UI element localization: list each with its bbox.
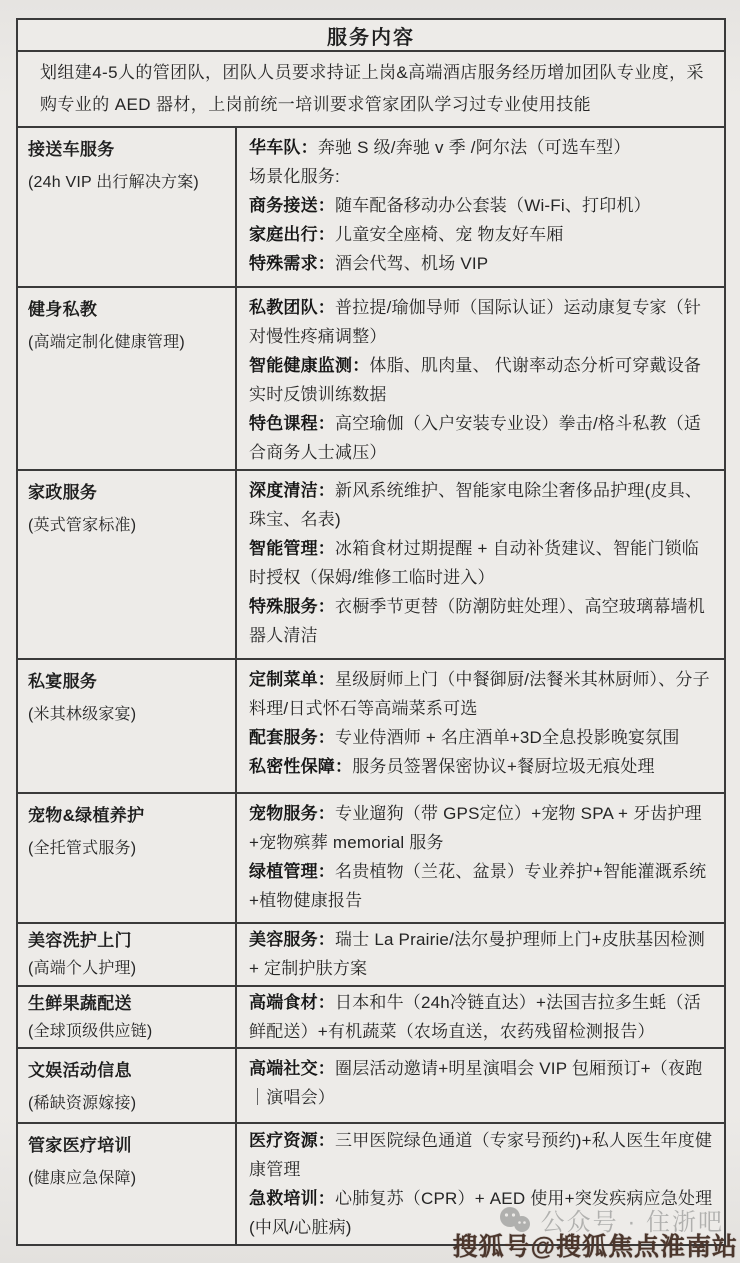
- service-category: 家政服务: [28, 479, 229, 507]
- service-detail-label: 特色课程：: [249, 414, 335, 433]
- watermark-brown-text: 搜狐号@搜狐焦点淮南站: [453, 1233, 738, 1261]
- service-row: 家政服务(英式管家标准)深度清洁：新风系统维护、智能家电除尘奢侈品护理(皮具、珠…: [18, 469, 724, 658]
- service-detail-text: 儿童安全座椅、宠 物友好车厢: [335, 225, 564, 244]
- service-details-cell: 华车队：奔驰 S 级/奔驰 v 季 /阿尔法（可选车型）场景化服务:商务接送：随…: [237, 128, 724, 286]
- service-category: 管家医疗培训: [28, 1132, 229, 1160]
- service-category: 私宴服务: [28, 668, 229, 696]
- service-detail-text: 随车配备移动办公套装（Wi-Fi、打印机）: [335, 196, 651, 215]
- service-category: 美容洗护上门: [28, 927, 229, 955]
- service-row: 宠物&绿植养护(全托管式服务)宠物服务：专业遛狗（带 GPS定位）+宠物 SPA…: [18, 792, 724, 922]
- service-detail-line: 配套服务：专业侍酒师 + 名庄酒单+3D全息投影晚宴氛围: [249, 723, 716, 752]
- service-detail-label: 私教团队：: [249, 298, 335, 317]
- service-detail-label: 宠物服务：: [249, 804, 335, 823]
- service-detail-line: 定制菜单：星级厨师上门（中餐御厨/法餐米其林厨师）、分子料理/日式怀石等高端菜系…: [249, 665, 716, 723]
- service-category-cell: 文娱活动信息(稀缺资源嫁接): [18, 1049, 237, 1122]
- service-row: 文娱活动信息(稀缺资源嫁接)高端社交：圈层活动邀请+明星演唱会 VIP 包厢预订…: [18, 1047, 724, 1122]
- service-details-cell: 私教团队：普拉提/瑜伽导师（国际认证）运动康复专家（针对慢性疼痛调整）智能健康监…: [237, 288, 724, 469]
- service-detail-label: 特殊需求：: [249, 254, 335, 273]
- service-subtitle: (稀缺资源嫁接): [28, 1091, 229, 1117]
- service-detail-line: 高端社交：圈层活动邀请+明星演唱会 VIP 包厢预订+（夜跑｜演唱会）: [249, 1054, 716, 1112]
- service-detail-line: 华车队：奔驰 S 级/奔驰 v 季 /阿尔法（可选车型）: [249, 133, 716, 162]
- service-row: 接送车服务(24h VIP 出行解决方案)华车队：奔驰 S 级/奔驰 v 季 /…: [18, 126, 724, 286]
- service-detail-line: 深度清洁：新风系统维护、智能家电除尘奢侈品护理(皮具、珠宝、名表): [249, 476, 716, 534]
- service-rows-container: 接送车服务(24h VIP 出行解决方案)华车队：奔驰 S 级/奔驰 v 季 /…: [18, 126, 724, 1244]
- service-detail-line: 商务接送：随车配备移动办公套装（Wi-Fi、打印机）: [249, 191, 716, 220]
- service-detail-line: 宠物服务：专业遛狗（带 GPS定位）+宠物 SPA + 牙齿护理+宠物殡葬 me…: [249, 799, 716, 857]
- service-detail-label: 配套服务：: [249, 728, 335, 747]
- service-detail-line: 智能健康监测：体脂、肌肉量、 代谢率动态分析可穿戴设备实时反馈训练数据: [249, 351, 716, 409]
- service-detail-line: 特色课程：高空瑜伽（入户安装专业设）拳击/格斗私教（适合商务人士减压）: [249, 409, 716, 467]
- service-detail-line: 智能管理：冰箱食材过期提醒 + 自动补货建议、智能门锁临时授权（保姆/维修工临时…: [249, 534, 716, 592]
- service-category: 生鲜果蔬配送: [28, 990, 229, 1018]
- service-detail-text: 酒会代驾、机场 VIP: [335, 254, 488, 273]
- service-category-cell: 宠物&绿植养护(全托管式服务): [18, 794, 237, 922]
- table-title-text: 服务内容: [327, 21, 415, 50]
- service-detail-text: 场景化服务:: [249, 167, 340, 186]
- service-details-cell: 高端社交：圈层活动邀请+明星演唱会 VIP 包厢预订+（夜跑｜演唱会）: [237, 1049, 724, 1122]
- service-detail-label: 急救培训：: [249, 1189, 335, 1208]
- service-category-cell: 家政服务(英式管家标准): [18, 471, 237, 658]
- table-title: 服务内容: [18, 20, 724, 52]
- service-details-cell: 美容服务：瑞士 La Prairie/法尔曼护理师上门+皮肤基因检测 + 定制护…: [237, 924, 724, 985]
- service-detail-line: 美容服务：瑞士 La Prairie/法尔曼护理师上门+皮肤基因检测 + 定制护…: [249, 925, 716, 983]
- service-details-cell: 宠物服务：专业遛狗（带 GPS定位）+宠物 SPA + 牙齿护理+宠物殡葬 me…: [237, 794, 724, 922]
- service-category-cell: 美容洗护上门(高端个人护理): [18, 924, 237, 985]
- watermark-brown: 搜狐号@搜狐焦点淮南站: [453, 1227, 738, 1263]
- service-category-cell: 健身私教(高端定制化健康管理): [18, 288, 237, 469]
- service-detail-text: 服务员签署保密协议+餐厨垃圾无痕处理: [352, 757, 655, 776]
- service-details-cell: 高端食材：日本和牛（24h冷链直达）+法国吉拉多生蚝（活鲜配送）+有机蔬菜（农场…: [237, 987, 724, 1047]
- service-subtitle: (全球顶级供应链): [28, 1019, 229, 1045]
- service-detail-label: 商务接送：: [249, 196, 335, 215]
- service-subtitle: (健康应急保障): [28, 1166, 229, 1192]
- service-detail-text: 专业侍酒师 + 名庄酒单+3D全息投影晚宴氛围: [335, 728, 680, 747]
- service-category-cell: 私宴服务(米其林级家宴): [18, 660, 237, 792]
- service-detail-line: 私密性保障：服务员签署保密协议+餐厨垃圾无痕处理: [249, 752, 716, 781]
- service-detail-label: 智能健康监测：: [249, 356, 369, 375]
- service-subtitle: (英式管家标准): [28, 513, 229, 539]
- service-subtitle: (全托管式服务): [28, 836, 229, 862]
- service-row: 健身私教(高端定制化健康管理)私教团队：普拉提/瑜伽导师（国际认证）运动康复专家…: [18, 286, 724, 469]
- service-detail-line: 医疗资源：三甲医院绿色通道（专家号预约)+私人医生年度健康管理: [249, 1126, 716, 1184]
- service-detail-label: 美容服务：: [249, 930, 335, 949]
- service-detail-text: 奔驰 S 级/奔驰 v 季 /阿尔法（可选车型）: [318, 138, 631, 157]
- service-category: 接送车服务: [28, 136, 229, 164]
- service-detail-line: 私教团队：普拉提/瑜伽导师（国际认证）运动康复专家（针对慢性疼痛调整）: [249, 293, 716, 351]
- service-subtitle: (24h VIP 出行解决方案): [28, 170, 229, 196]
- service-detail-line: 高端食材：日本和牛（24h冷链直达）+法国吉拉多生蚝（活鲜配送）+有机蔬菜（农场…: [249, 988, 716, 1046]
- service-detail-line: 特殊服务：衣橱季节更替（防潮防蛀处理）、高空玻璃幕墙机器人清洁: [249, 592, 716, 650]
- service-category-cell: 管家医疗培训(健康应急保障): [18, 1124, 237, 1244]
- service-detail-label: 绿植管理：: [249, 862, 335, 881]
- service-subtitle: (米其林级家宴): [28, 702, 229, 728]
- service-category: 文娱活动信息: [28, 1057, 229, 1085]
- service-detail-label: 智能管理：: [249, 539, 335, 558]
- service-details-cell: 定制菜单：星级厨师上门（中餐御厨/法餐米其林厨师）、分子料理/日式怀石等高端菜系…: [237, 660, 724, 792]
- service-details-cell: 深度清洁：新风系统维护、智能家电除尘奢侈品护理(皮具、珠宝、名表)智能管理：冰箱…: [237, 471, 724, 658]
- service-category-cell: 生鲜果蔬配送(全球顶级供应链): [18, 987, 237, 1047]
- service-detail-label: 高端社交：: [249, 1059, 335, 1078]
- service-category-cell: 接送车服务(24h VIP 出行解决方案): [18, 128, 237, 286]
- service-category: 宠物&绿植养护: [28, 802, 229, 830]
- service-row: 美容洗护上门(高端个人护理)美容服务：瑞士 La Prairie/法尔曼护理师上…: [18, 922, 724, 985]
- service-content-table: 服务内容 划组建4-5人的管团队，团队人员要求持证上岗&高端酒店服务经历增加团队…: [16, 18, 726, 1246]
- service-detail-line: 绿植管理：名贵植物（兰花、盆景）专业养护+智能灌溉系统+植物健康报告: [249, 857, 716, 915]
- service-detail-line: 特殊需求：酒会代驾、机场 VIP: [249, 249, 716, 278]
- service-detail-line: 场景化服务:: [249, 162, 716, 191]
- service-row: 生鲜果蔬配送(全球顶级供应链)高端食材：日本和牛（24h冷链直达）+法国吉拉多生…: [18, 985, 724, 1047]
- service-detail-label: 华车队：: [249, 138, 318, 157]
- service-detail-label: 深度清洁：: [249, 481, 335, 500]
- service-subtitle: (高端定制化健康管理): [28, 330, 229, 356]
- service-detail-label: 私密性保障：: [249, 757, 352, 776]
- service-subtitle: (高端个人护理): [28, 956, 229, 982]
- service-detail-label: 医疗资源：: [249, 1131, 335, 1150]
- service-detail-label: 定制菜单：: [249, 670, 335, 689]
- service-detail-label: 特殊服务：: [249, 597, 335, 616]
- service-detail-label: 家庭出行：: [249, 225, 335, 244]
- service-detail-label: 高端食材：: [249, 993, 335, 1012]
- service-row: 私宴服务(米其林级家宴)定制菜单：星级厨师上门（中餐御厨/法餐米其林厨师）、分子…: [18, 658, 724, 792]
- service-category: 健身私教: [28, 296, 229, 324]
- intro-row: 划组建4-5人的管团队，团队人员要求持证上岗&高端酒店服务经历增加团队专业度，采…: [18, 52, 724, 126]
- service-detail-line: 家庭出行：儿童安全座椅、宠 物友好车厢: [249, 220, 716, 249]
